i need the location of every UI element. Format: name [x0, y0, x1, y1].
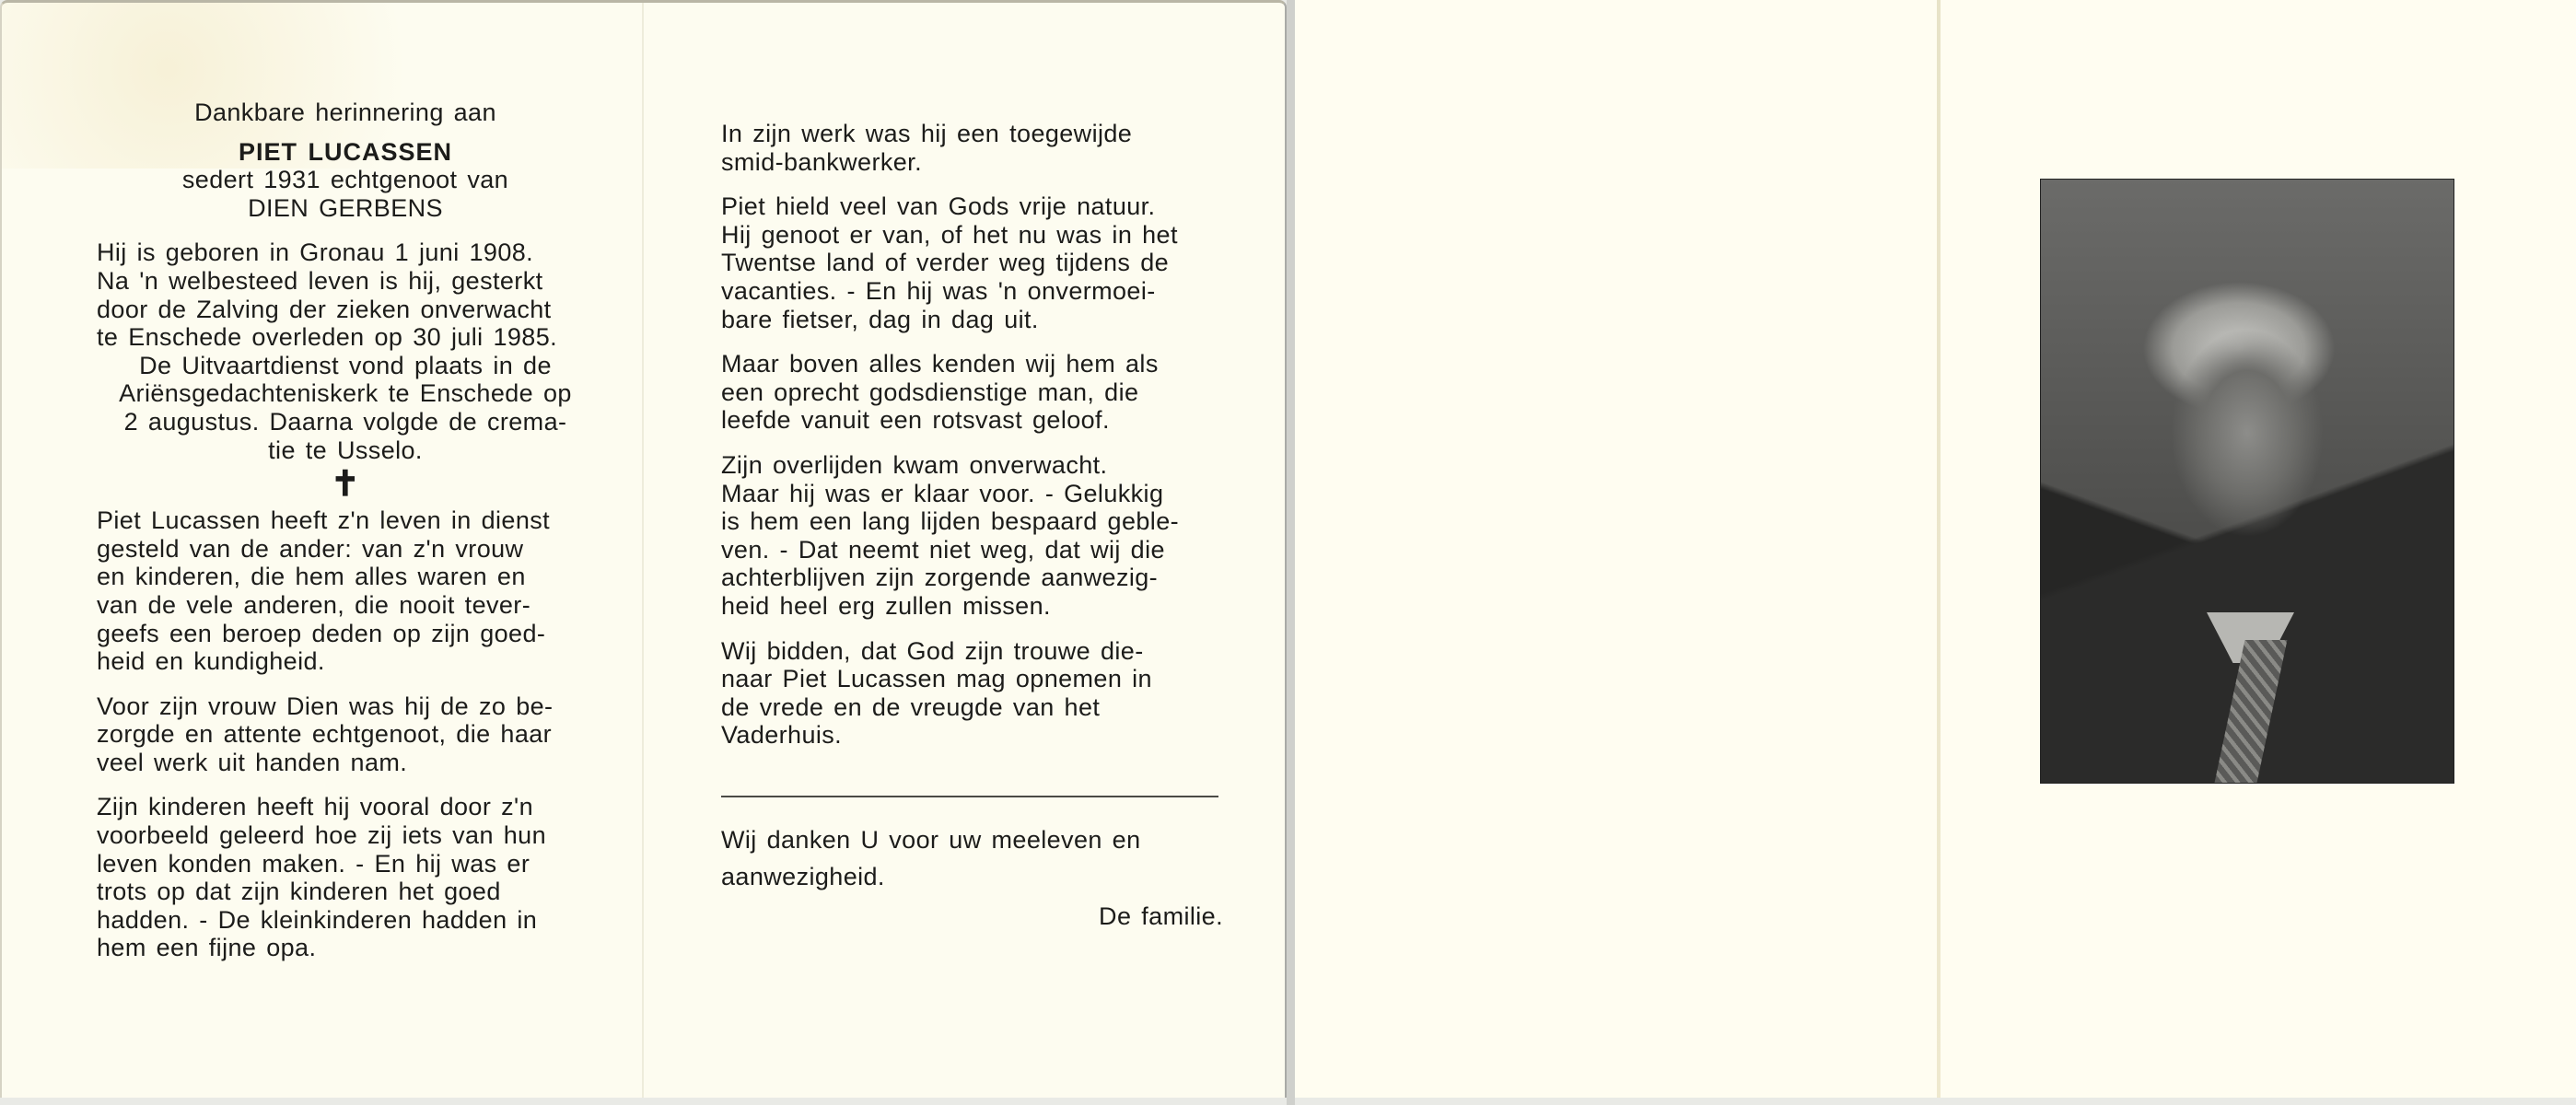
spouse-line: sedert 1931 echtgenoot van [97, 166, 594, 194]
card-fold [642, 3, 644, 1098]
paragraph-faith: Maar boven alles kenden wij hem als een … [721, 350, 1223, 435]
paragraph-prayer: Wij bidden, dat God zijn trouwe die- naa… [721, 637, 1223, 750]
memorial-card-outside [1295, 0, 2576, 1098]
bio-paragraph: Hij is geboren in Gronau 1 juni 1908. Na… [97, 238, 594, 351]
spouse-name: DIEN GERBENS [97, 194, 594, 223]
family-signature: De familie. [721, 902, 1223, 931]
paragraph-children: Zijn kinderen heeft hij vooral door z'n … [97, 793, 594, 962]
paragraph-work: In zijn werk was hij een toegewijde smid… [721, 120, 1223, 176]
paragraph-passing: Zijn overlijden kwam onverwacht. Maar hi… [721, 451, 1223, 621]
text-column-right: In zijn werk was hij een toegewijde smid… [721, 120, 1223, 930]
intro-heading: Dankbare herinnering aan [97, 99, 594, 127]
paragraph-nature: Piet hield veel van Gods vrije natuur. H… [721, 192, 1223, 333]
thanks-text: Wij danken U voor uw meeleven en aanwezi… [721, 821, 1223, 895]
funeral-paragraph: De Uitvaartdienst vond plaats in de Arië… [97, 352, 594, 464]
cross-icon: ✝ [97, 466, 594, 503]
paragraph-service: Piet Lucassen heeft z'n leven in dienst … [97, 506, 594, 676]
deceased-name: PIET LUCASSEN [97, 138, 594, 167]
paragraph-wife: Voor zijn vrouw Dien was hij de zo be- z… [97, 692, 594, 777]
card-fold [1937, 0, 1941, 1098]
necktie [2215, 640, 2288, 783]
card-gap [1287, 0, 1295, 1105]
text-column-left: Dankbare herinnering aan PIET LUCASSEN s… [97, 99, 594, 979]
memorial-card-inside: Dankbare herinnering aan PIET LUCASSEN s… [0, 0, 1287, 1098]
divider-line [721, 796, 1218, 797]
portrait-photo [2040, 179, 2454, 784]
